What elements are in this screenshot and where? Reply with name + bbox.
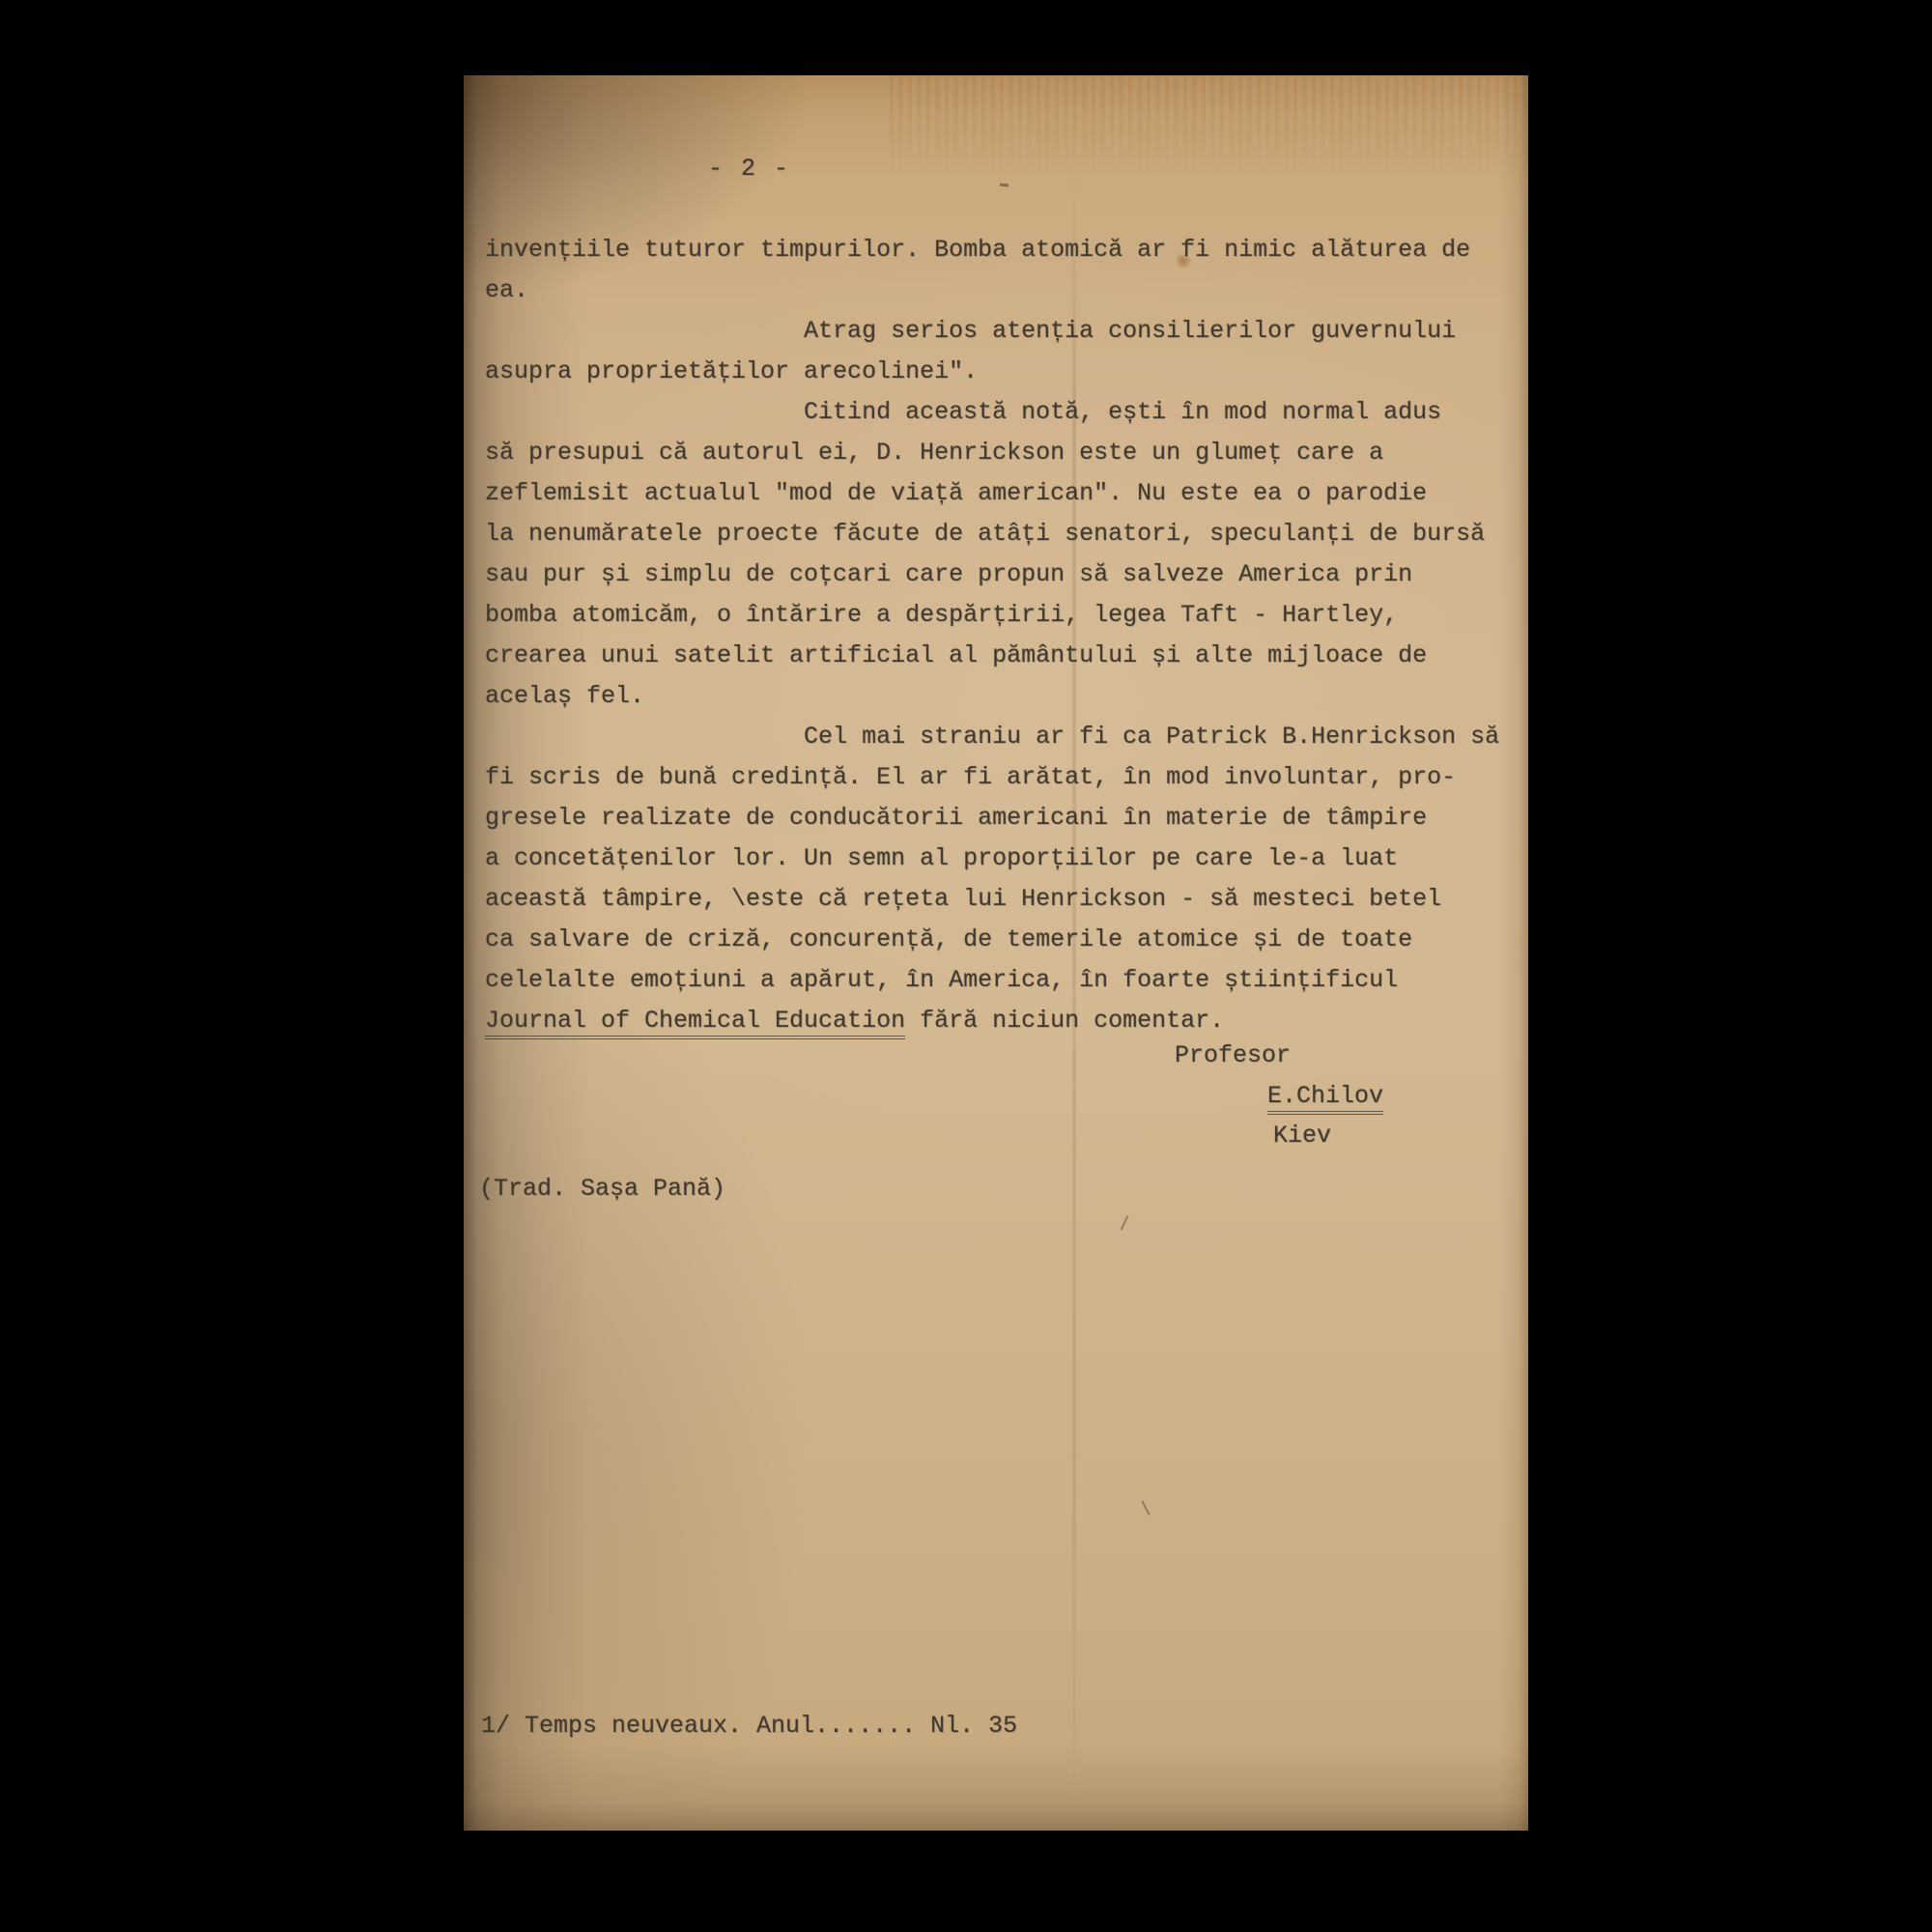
text-line: această tâmpire, \este că rețeta lui Hen… <box>485 879 1523 920</box>
text-line: Cel mai straniu ar fi ca Patrick B.Henri… <box>485 717 1523 757</box>
text-line: asupra proprietăților arecolinei". <box>485 352 1523 392</box>
text-line: ca salvare de criză, concurență, de teme… <box>485 920 1523 960</box>
pen-mark <box>1141 1500 1150 1515</box>
text-line: la nenumăratele proecte făcute de atâți … <box>485 514 1523 554</box>
text-line-journal: Journal of Chemical Education fără niciu… <box>485 1001 1523 1041</box>
text-line: bomba atomicăm, o întărire a despărțirii… <box>485 595 1523 636</box>
text-line: a concetățenilor lor. Un semn al proporț… <box>485 838 1523 879</box>
journal-title-underlined: Journal of Chemical Education <box>485 1007 905 1039</box>
paper-stain-streaks <box>890 75 1528 172</box>
text-line: Atrag serios atenția consilierilor guver… <box>485 311 1523 352</box>
document-body: invențiile tuturor timpurilor. Bomba ato… <box>485 230 1523 1041</box>
text-line: ea. <box>485 270 1523 311</box>
signature-place: Kiev <box>1273 1122 1331 1151</box>
signature-title: Profesor <box>1175 1041 1291 1070</box>
pen-mark <box>1121 1215 1129 1230</box>
text-line: sau pur și simplu de coțcari care propun… <box>485 554 1523 595</box>
page-number: - 2 - <box>708 155 790 184</box>
signature-name: E.Chilov <box>1267 1082 1383 1115</box>
text-line: Citind această notă, ești în mod normal … <box>485 392 1523 433</box>
translator-note: (Trad. Sașa Pană) <box>479 1175 725 1204</box>
text-line: fi scris de bună credință. El ar fi arăt… <box>485 757 1523 798</box>
scan-background: - 2 - invențiile tuturor timpurilor. Bom… <box>0 0 1932 1932</box>
text-line: să presupui că autorul ei, D. Henrickson… <box>485 433 1523 473</box>
text-line: acelaș fel. <box>485 676 1523 717</box>
footnote: 1/ Temps neuveaux. Anul....... Nl. 35 <box>481 1712 1017 1741</box>
text-line: crearea unui satelit artificial al pămân… <box>485 636 1523 676</box>
paper-sheet: - 2 - invențiile tuturor timpurilor. Bom… <box>464 75 1528 1831</box>
text-line: gresele realizate de conducătorii americ… <box>485 798 1523 838</box>
text-line: zeflemisit actualul "mod de viață americ… <box>485 473 1523 514</box>
text-line: celelalte emoțiuni a apărut, în America,… <box>485 960 1523 1001</box>
text-line: invențiile tuturor timpurilor. Bomba ato… <box>485 230 1523 270</box>
journal-line-rest: fără niciun comentar. <box>905 1007 1224 1035</box>
stray-typed-dash <box>1000 184 1009 187</box>
